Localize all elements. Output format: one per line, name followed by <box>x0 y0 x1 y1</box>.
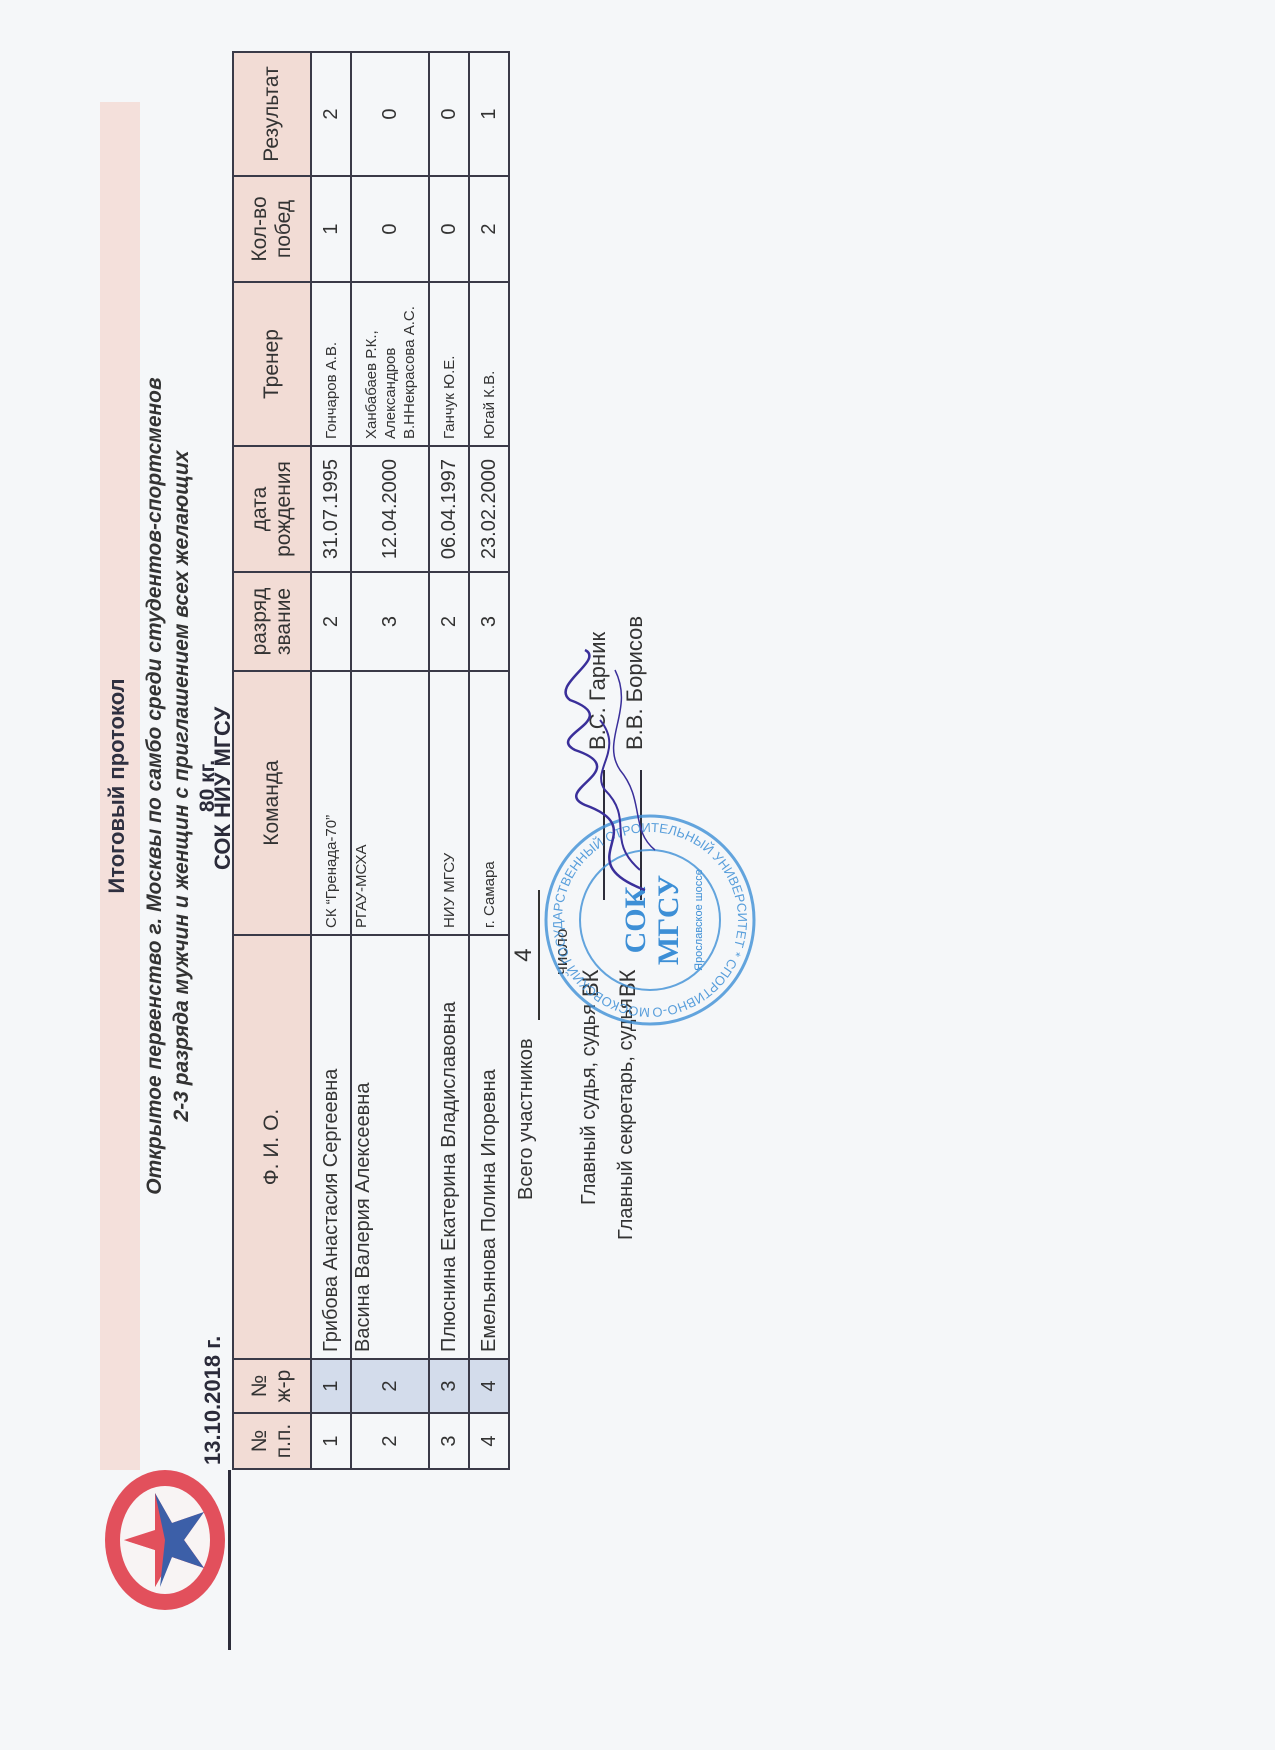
chief-secretary-label: Главный секретарь, судья <box>615 998 638 1240</box>
cell-rank: 2 <box>429 572 469 671</box>
cell-birth: 06.04.1997 <box>429 446 469 572</box>
cell-result: 2 <box>311 52 351 176</box>
cell-team: СК “Гренада-70” <box>311 671 351 935</box>
col-header-birth: дата рождения <box>233 446 311 572</box>
cell-coach: Ганчук Ю.Е. <box>429 282 469 446</box>
table-row: 33Плюснина Екатерина ВладиславовнаНИУ МГ… <box>429 52 469 1469</box>
cell-coach: Гончаров А.В. <box>311 282 351 446</box>
cell-birth: 23.02.2000 <box>469 446 509 572</box>
table-row: 22Васина Валерия АлексеевнаРГАУ-МСХА312.… <box>351 52 429 1469</box>
col-header-coach: Тренер <box>233 282 311 446</box>
table-row: 44Емельянова Полина Игоревнаг. Самара323… <box>469 52 509 1469</box>
cell-name: Емельянова Полина Игоревна <box>469 935 509 1359</box>
cell-name: Васина Валерия Алексеевна <box>351 935 429 1359</box>
cell-pp: 3 <box>429 1413 469 1469</box>
cell-team: г. Самара <box>469 671 509 935</box>
cell-result: 0 <box>429 52 469 176</box>
table-row: 11Грибова Анастасия СергеевнаСК “Гренада… <box>311 52 351 1469</box>
cell-birth: 31.07.1995 <box>311 446 351 572</box>
cell-draw: 2 <box>351 1359 429 1413</box>
col-header-team: Команда <box>233 671 311 935</box>
cell-name: Плюснина Екатерина Владиславовна <box>429 935 469 1359</box>
cell-pp: 1 <box>311 1413 351 1469</box>
cell-wins: 2 <box>469 176 509 282</box>
col-header-result: Результат <box>233 52 311 176</box>
cell-rank: 3 <box>469 572 509 671</box>
cell-pp: 2 <box>351 1413 429 1469</box>
subtitle-line2: 2-3 разряда мужчин и женщин с приглашени… <box>170 102 194 1470</box>
cell-team: НИУ МГСУ <box>429 671 469 935</box>
cell-pp: 4 <box>469 1413 509 1469</box>
cell-rank: 3 <box>351 572 429 671</box>
col-header-wins: Кол-во побед <box>233 176 311 282</box>
cell-draw: 1 <box>311 1359 351 1413</box>
cell-wins: 0 <box>351 176 429 282</box>
date-underline <box>228 1470 231 1650</box>
total-participants-value: 4 <box>510 890 540 1020</box>
col-header-pp: № п.п. <box>233 1413 311 1469</box>
col-header-draw: № ж-р <box>233 1359 311 1413</box>
cell-result: 0 <box>351 52 429 176</box>
cell-coach: Ханбабаев Р.К., Александров В.ННекрасова… <box>351 282 429 446</box>
protocol-table: № п.п. № ж-р Ф. И. О. Команда разряд зва… <box>232 51 510 1470</box>
total-participants-label: Всего участников <box>515 1038 538 1200</box>
cell-result: 1 <box>469 52 509 176</box>
cell-coach: Югай К.В. <box>469 282 509 446</box>
cell-rank: 2 <box>311 572 351 671</box>
cell-draw: 4 <box>469 1359 509 1413</box>
col-header-rank: разряд звание <box>233 572 311 671</box>
cell-wins: 0 <box>429 176 469 282</box>
cell-name: Грибова Анастасия Сергеевна <box>311 935 351 1359</box>
protocol-sheet: Итоговый протокол Открытое первенство г.… <box>0 0 1275 1750</box>
table-header-row: № п.п. № ж-р Ф. И. О. Команда разряд зва… <box>233 52 311 1469</box>
chief-judge-label: Главный судья, судья <box>578 1004 601 1205</box>
cell-team: РГАУ-МСХА <box>351 671 429 935</box>
svg-text:Ярославское шоссе: Ярославское шоссе <box>693 869 705 971</box>
event-date: 13.10.2018 г. <box>200 1336 226 1465</box>
sambo-federation-logo-icon <box>100 1465 230 1615</box>
cell-draw: 3 <box>429 1359 469 1413</box>
subtitle-line1: Открытое первенство г. Москвы по самбо с… <box>143 102 167 1470</box>
signature-icon <box>545 640 665 900</box>
cell-birth: 12.04.2000 <box>351 446 429 572</box>
cell-wins: 1 <box>311 176 351 282</box>
col-header-name: Ф. И. О. <box>233 935 311 1359</box>
page-title: Итоговый протокол <box>104 102 130 1470</box>
